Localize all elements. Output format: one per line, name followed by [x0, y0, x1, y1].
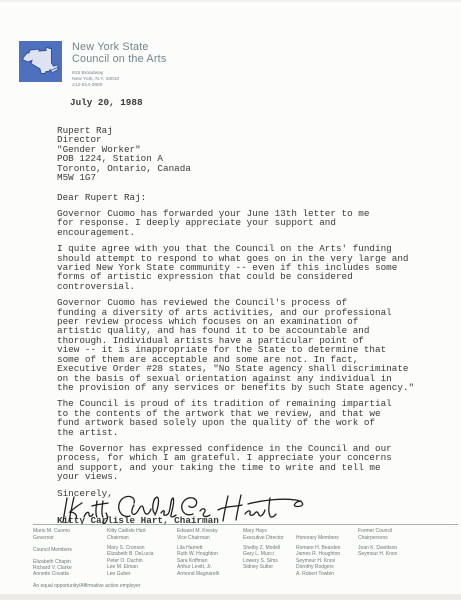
letter-date: July 20, 1988 [70, 97, 143, 108]
footer-column: Mary HaysExecutive DirectorShelby Z. Mod… [243, 528, 284, 571]
letter-paragraph: The Governor has expressed confidence in… [57, 444, 433, 482]
footer-column: Former CouncilChairpersonsJoan K. Davids… [358, 528, 397, 558]
letter-paragraph: Governor Cuomo has forwarded your June 1… [57, 209, 433, 237]
nys-map-logo-icon [19, 41, 62, 82]
footer-member-name: Elizabeth B. DeLucia [107, 551, 153, 557]
footer-officer-role: Chairpersons [358, 535, 397, 542]
footer-column: Honorary MembersRomare H. BeardenJames R… [296, 528, 340, 577]
footer-member-name: Sidney Sutter [243, 564, 284, 570]
footer-officer-name: Former Council [358, 528, 397, 535]
footer-member-list: Elizabeth ChapinRichard V. ClarkeAnnette… [33, 559, 72, 578]
footer-member-name: James R. Houghton [296, 551, 340, 557]
org-address-line: 212-614-2900 [72, 83, 119, 89]
footer-officer-role: Governor [33, 535, 72, 542]
org-name-line2: Council on the Arts [72, 54, 166, 66]
footer-member-name: Elizabeth Chapin [33, 559, 72, 565]
footer-divider-rule [33, 524, 458, 525]
org-name-line1: New York State [72, 42, 166, 54]
footer-section-label: Council Members [33, 547, 72, 554]
footer-officer-role: Honorary Members [296, 535, 340, 542]
footer-member-name: Ruth W. Houghton [177, 551, 219, 557]
footer-column: Kitty Carlisle HartChairmanMary S. Crons… [107, 528, 153, 577]
footer-officer-role: Chairman [107, 535, 153, 542]
salutation: Dear Rupert Raj: [57, 192, 146, 203]
footer-officer-name: Edward M. Kresky [177, 528, 219, 535]
org-name: New York State Council on the Arts [72, 42, 166, 65]
footer-member-name: Armond Magnarelli [177, 571, 219, 577]
footer-member-list: Lila HarnettRuth W. HoughtonSara Koffman… [177, 545, 219, 577]
footer-officer-name: Mario M. Cuomo [33, 528, 72, 535]
footer-member-name: Seymour H. Knox [358, 551, 397, 557]
footer-member-name: Annette Covatta [33, 571, 72, 577]
footer-member-list: Romare H. BeardenJames R. HoughtonSeymou… [296, 545, 340, 577]
org-address: 915 BroadwayNew York, N.Y. 10010212-614-… [72, 71, 119, 89]
org-address-line: New York, N.Y. 10010 [72, 77, 119, 83]
footer-officer-role: Vice Chairman [177, 535, 219, 542]
recipient-line: M5W 1G7 [57, 173, 191, 182]
scan-edge-top [0, 0, 461, 2]
footer-member-name: A. Robert Towbin [296, 571, 340, 577]
footer-member-name: Dorothy Rodgers [296, 564, 340, 570]
letter-paragraph: The Council is proud of its tradition of… [57, 399, 433, 437]
equal-opportunity-line: An equal opportunity/Affirmative action … [33, 583, 140, 589]
letter-paragraph: Governor Cuomo has reviewed the Council'… [57, 298, 433, 392]
recipient-address-block: Rupert RajDirector"Gender Worker"POB 122… [57, 126, 191, 182]
footer-member-list: Mary S. CronsonElizabeth B. DeLuciaPeter… [107, 545, 153, 577]
scan-edge-bottom [0, 594, 461, 600]
footer-member-list: Joan K. DavidsonSeymour H. Knox [358, 545, 397, 558]
footer-column: Edward M. KreskyVice ChairmanLila Harnet… [177, 528, 219, 577]
footer-officer-role: Executive Director [243, 535, 284, 542]
footer-column: Mario M. CuomoGovernorCouncil MembersEli… [33, 528, 72, 578]
letter-body: Governor Cuomo has forwarded your June 1… [57, 209, 433, 505]
footer-member-name: Lee Guber [107, 571, 153, 577]
footer-member-list: Shelby Z. ModellGary L. MucciLowery S. S… [243, 545, 284, 571]
scanned-letter-page: New York State Council on the Arts 915 B… [0, 0, 461, 600]
letter-paragraph: I quite agree with you that the Council … [57, 244, 433, 291]
